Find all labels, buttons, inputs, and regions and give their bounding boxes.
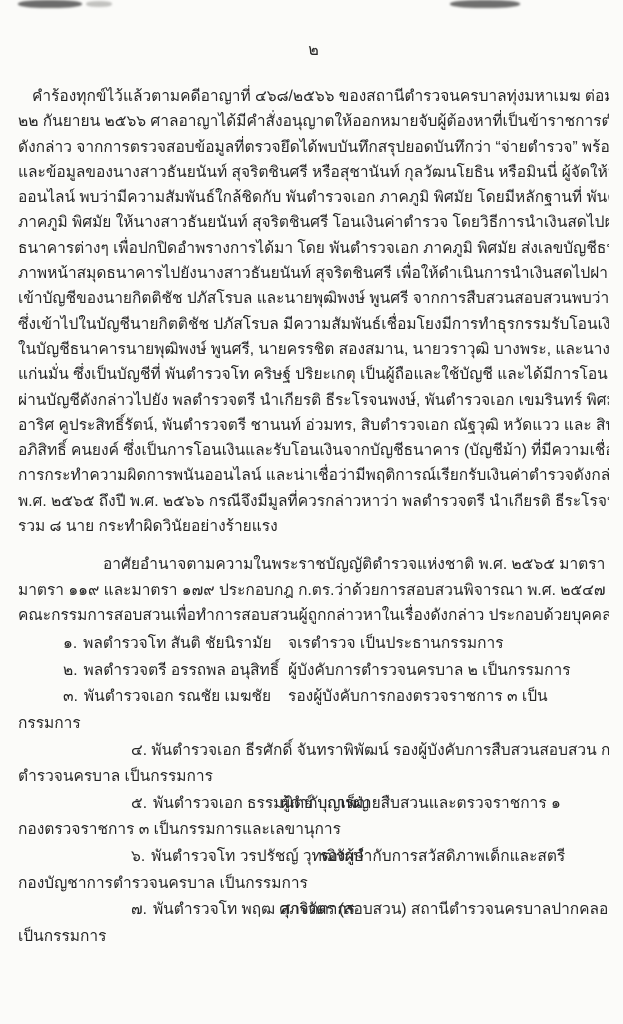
scan-artifact (86, 1, 112, 7)
text-line: เข้าบัญชีของนายกิตติชัช ปภัสโรบล และนายพ… (18, 286, 609, 311)
paragraph-2: อาศัยอำนาจตามความในพระราชบัญญัติตำรวจแห่… (18, 552, 609, 628)
committee-item: ๕.พันตำรวจเอก ธรรมนิตย์ บุญเพ็ญผู้กำกับก… (18, 791, 609, 818)
committee-item: ๗.พันตำรวจโท พฤฒ ศุภจิตตากรสารวัตร (สอบส… (18, 897, 609, 924)
text-line: ๒๒ กันยายน ๒๕๖๖ ศาลอาญาได้มีคำสั่งอนุญาต… (18, 109, 609, 134)
text-line: ดังกล่าว จากการตรวจสอบข้อมูลที่ตรวจยึดได… (18, 135, 609, 160)
text-line: อาริศ คูประสิทธิ์รัตน์, พันตำรวจตรี ชานน… (18, 413, 609, 438)
scan-artifact (18, 0, 82, 8)
text-line: ออนไลน์ พบว่ามีความสัมพันธ์ใกล้ชิดกับ พั… (18, 185, 609, 210)
text-line: ธนาคารต่างๆ เพื่อปกปิดอำพรางการได้มา โดย… (18, 236, 609, 261)
committee-member-position: ผู้บังคับการตำรวจนครบาล ๒ เป็นกรรมการ (288, 662, 571, 679)
committee-continuation: กองบัญชาการตำรวจนครบาล เป็นกรรมการ (18, 871, 609, 898)
committee-item: ๑.พลตำรวจโท สันติ ชัยนิรามัยจเรตำรวจ เป็… (18, 631, 609, 658)
text-line: พ.ศ. ๒๕๖๕ ถึงปี พ.ศ. ๒๕๖๖ กรณีจึงมีมูลที… (18, 489, 609, 514)
committee-item: ๔. พันตำรวจเอก ธีรศักดิ์ จันทราพิพัฒน์ ร… (18, 738, 609, 765)
committee-member-position: สารวัตร (สอบสวน) สถานีตำรวจนครบาลปากคลอง… (281, 901, 609, 918)
committee-member-name: ๖.พันตำรวจโท วรปรัชญ์ วุทฒิรักษ์ (131, 844, 320, 871)
scan-artifact (450, 0, 520, 8)
text-line: ซึ่งเข้าไปในบัญชีนายกิตติชัช ปภัสโรบล มี… (18, 312, 609, 337)
committee-list: ๑.พลตำรวจโท สันติ ชัยนิรามัยจเรตำรวจ เป็… (18, 631, 609, 950)
text-line: ภาพหน้าสมุดธนาคารไปยังนางสาวธันยนันท์ สุ… (18, 261, 609, 286)
committee-continuation: ตำรวจนครบาล เป็นกรรมการ (18, 764, 609, 791)
committee-member-name: ๗.พันตำรวจโท พฤฒ ศุภจิตตากร (131, 897, 281, 924)
document-body: คำร้องทุกข์ไว้แล้วตามคดีอาญาที่ ๔๖๘/๒๕๖๖… (18, 84, 609, 950)
text-line: รวม ๘ นาย กระทำผิดวินัยอย่างร้ายแรง (18, 514, 609, 539)
committee-item: ๖.พันตำรวจโท วรปรัชญ์ วุทฒิรักษ์รองผู้กำ… (18, 844, 609, 871)
paragraph-1: คำร้องทุกข์ไว้แล้วตามคดีอาญาที่ ๔๖๘/๒๕๖๖… (18, 84, 609, 539)
committee-continuation: กรรมการ (18, 711, 609, 738)
committee-member-position: จเรตำรวจ เป็นประธานกรรมการ (288, 635, 504, 652)
committee-member-position: ผู้กำกับการฝ่ายสืบสวนและตรวจราชการ ๑ (281, 795, 561, 812)
committee-item-number: ๕. (131, 795, 153, 812)
text-line: คณะกรรมการสอบสวนเพื่อทำการสอบสวนผู้ถูกกล… (18, 603, 609, 628)
committee-continuation: กองตรวจราชการ ๓ เป็นกรรมการและเลขานุการ (18, 817, 609, 844)
committee-member-position: รองผู้กำกับการสวัสดิภาพเด็กและสตรี (320, 848, 565, 865)
committee-item: ๒.พลตำรวจตรี อรรถพล อนุสิทธิ์ผู้บังคับกา… (18, 658, 609, 685)
committee-item-number: ๖. (131, 848, 151, 865)
committee-member-name: ๕.พันตำรวจเอก ธรรมนิตย์ บุญเพ็ญ (131, 791, 281, 818)
scan-page: ๒ คำร้องทุกข์ไว้แล้วตามคดีอาญาที่ ๔๖๘/๒๕… (0, 0, 623, 1024)
committee-item-number: ๓. (63, 688, 84, 705)
committee-member-name: ๒.พลตำรวจตรี อรรถพล อนุสิทธิ์ (63, 658, 288, 685)
document-page: { "page": { "number": "๒" }, "document":… (0, 0, 623, 1024)
committee-member-position: รองผู้บังคับการกองตรวจราชการ ๓ เป็น (288, 688, 548, 705)
text-line: การกระทำความผิดการพนันออนไลน์ และน่าเชื่… (18, 463, 609, 488)
text-line: คำร้องทุกข์ไว้แล้วตามคดีอาญาที่ ๔๖๘/๒๕๖๖… (18, 84, 609, 109)
text-line: มาตรา ๑๑๙ และมาตรา ๑๗๙ ประกอบกฎ ก.ตร.ว่า… (18, 578, 609, 603)
text-line: แก่นมั่น ซึ่งเป็นบัญชีที่ พันตำรวจโท คริ… (18, 362, 609, 387)
text-line: และข้อมูลของนางสาวธันยนันท์ สุจริตชินศรี… (18, 160, 609, 185)
text-line: ภาคภูมิ พิศมัย ให้นางสาวธันยนันท์ สุจริต… (18, 210, 609, 235)
text-line: ผ่านบัญชีดังกล่าวไปยัง พลตำรวจตรี นำเกีย… (18, 388, 609, 413)
committee-member-name: ๑.พลตำรวจโท สันติ ชัยนิรามัย (63, 631, 288, 658)
committee-continuation: เป็นกรรมการ (18, 924, 609, 951)
committee-item-number: ๒. (63, 662, 84, 679)
committee-item-number: ๗. (131, 901, 153, 918)
committee-item: ๓.พันตำรวจเอก รณชัย เมฆชัยรองผู้บังคับกา… (18, 684, 609, 711)
text-line: อาศัยอำนาจตามความในพระราชบัญญัติตำรวจแห่… (18, 552, 609, 577)
page-number: ๒ (18, 0, 609, 62)
committee-item-number: ๑. (63, 635, 83, 652)
text-line: ในบัญชีธนาคารนายพุฒิพงษ์ พูนศรี, นายครรช… (18, 337, 609, 362)
text-line: อภิสิทธิ์ คนยงค์ ซึ่งเป็นการโอนเงินและรั… (18, 438, 609, 463)
committee-member-name: ๓.พันตำรวจเอก รณชัย เมฆชัย (63, 684, 288, 711)
